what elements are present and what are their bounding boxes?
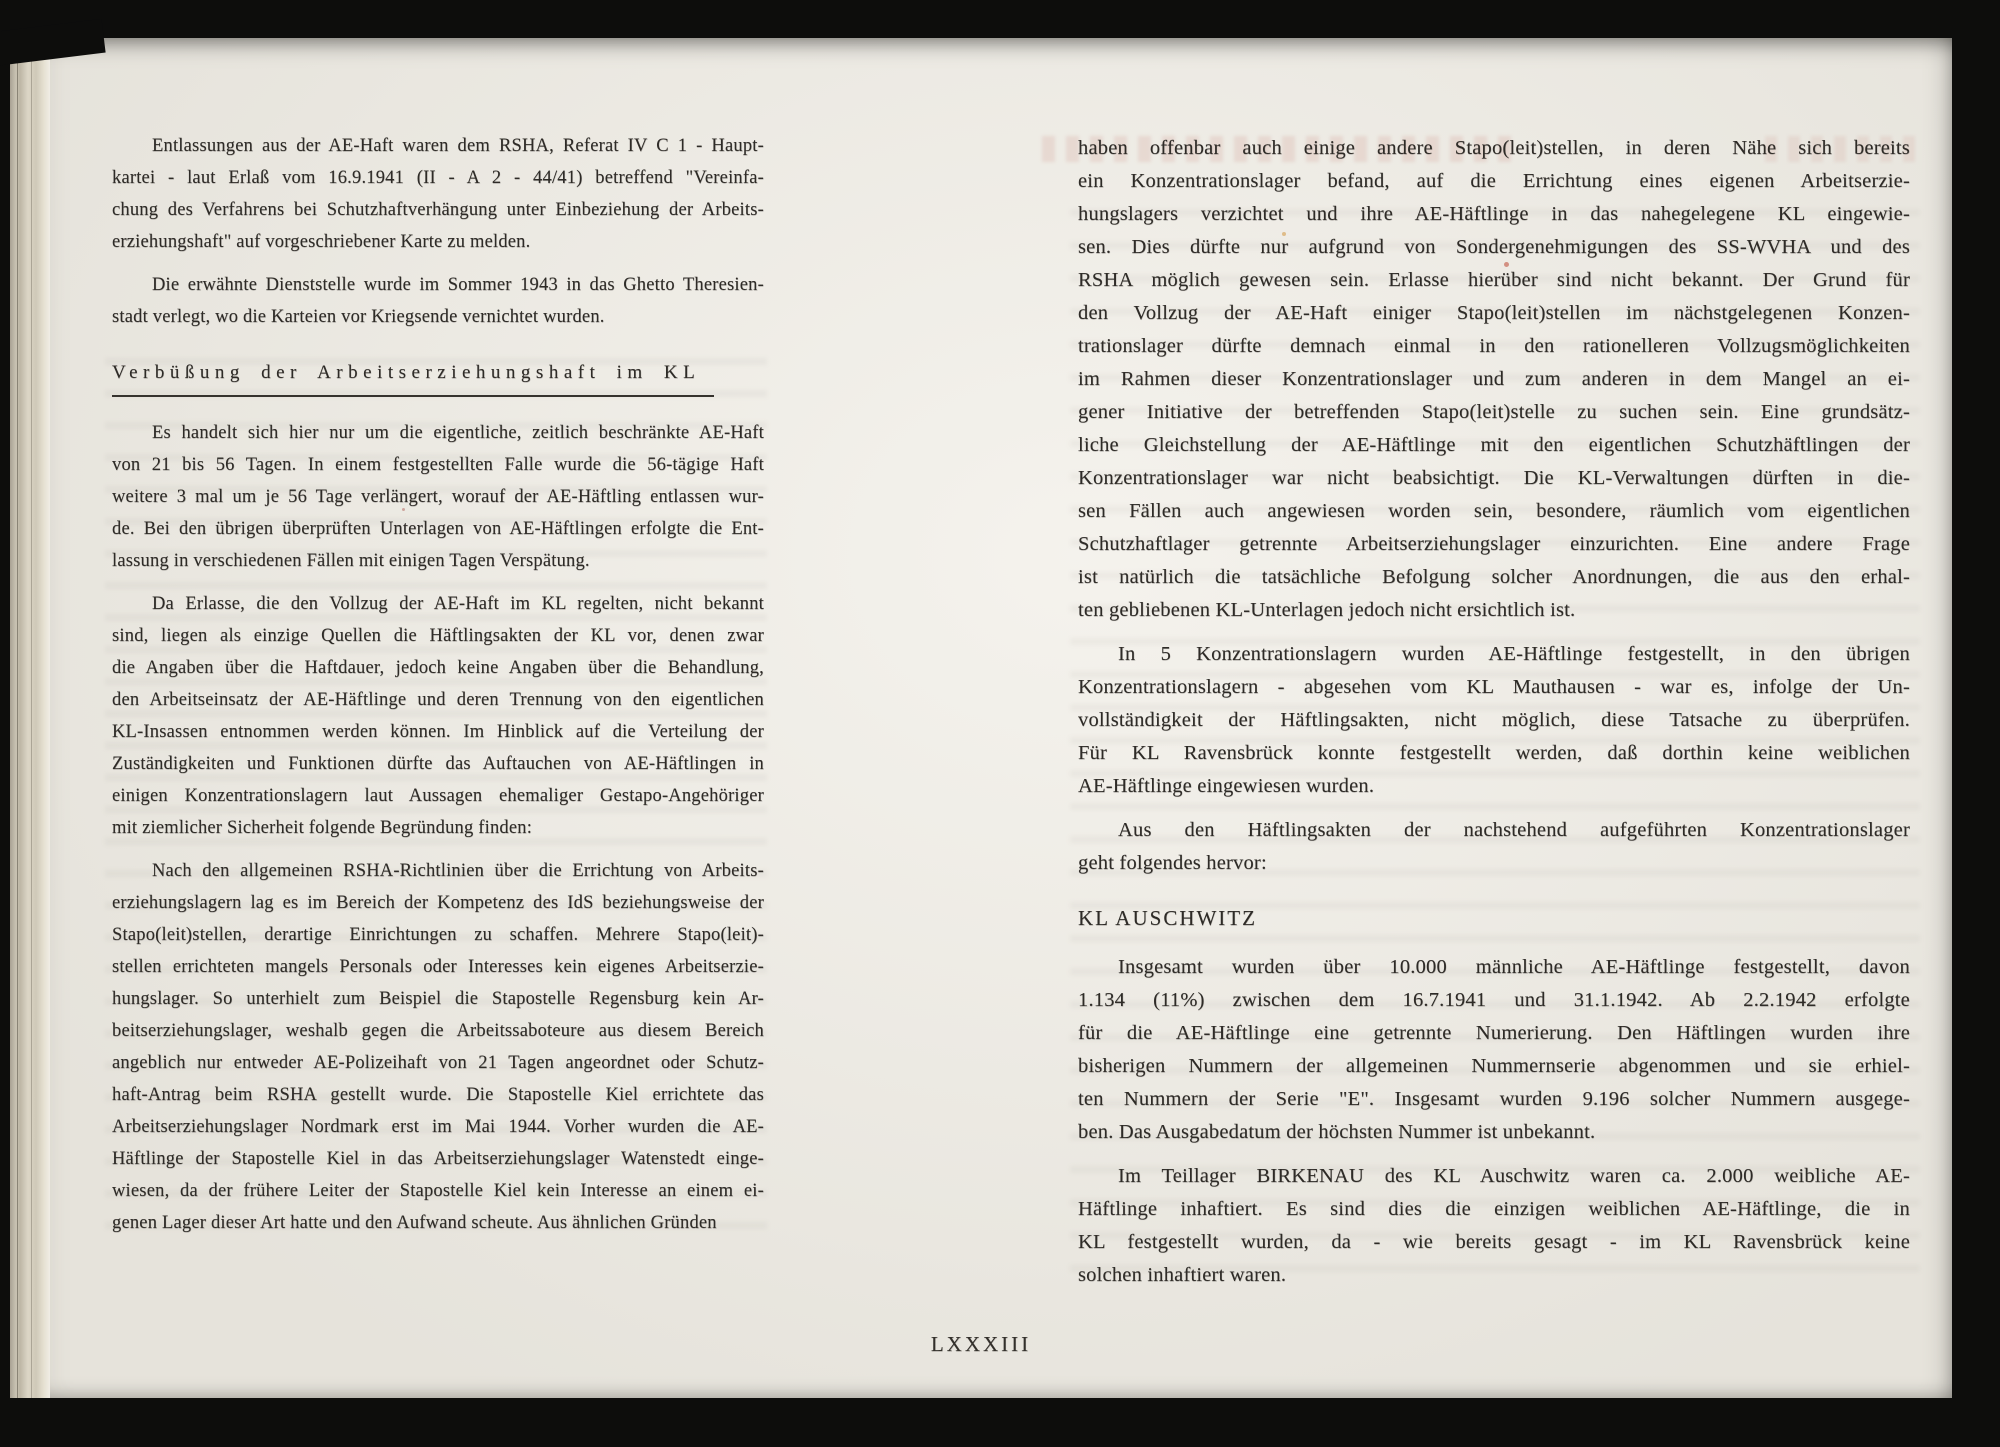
text-line: Konzentrationslager war nicht beabsichti… <box>1078 462 1910 495</box>
page-number: LXXXIII <box>10 1332 1952 1357</box>
text-line: liche Gleichstellung der AE-Häftlinge mi… <box>1078 429 1910 462</box>
text-line: trationslager dürfte demnach einmal in d… <box>1078 330 1910 363</box>
left-text-column: Entlassungen aus der AE-Haft waren dem R… <box>112 130 764 1239</box>
text-line: lassung in verschiedenen Fällen mit eini… <box>112 545 764 577</box>
text-line: stadt verlegt, wo die Karteien vor Krieg… <box>112 301 764 333</box>
section-heading-wrap: Verbüßung der Arbeitserziehungshaft im K… <box>112 333 764 417</box>
text-line: ben. Das Ausgabedatum der höchsten Numme… <box>1078 1116 1910 1149</box>
text-line: haben offenbar auch einige andere Stapo(… <box>1078 132 1910 165</box>
text-line: ein Konzentrationslager befand, auf die … <box>1078 165 1910 198</box>
paragraph-fuenf-kl: In 5 Konzentrationslagern wurden AE-Häft… <box>1078 638 1910 803</box>
text-line: Schutzhaftlager getrennte Arbeitserziehu… <box>1078 528 1910 561</box>
text-line: Da Erlasse, die den Vollzug der AE-Haft … <box>112 588 764 620</box>
text-line: AE-Häftlinge eingewiesen wurden. <box>1078 770 1910 803</box>
text-line: die Angaben über die Haftdauer, jedoch k… <box>112 652 764 684</box>
text-line: den Arbeitseinsatz der AE-Häftlinge und … <box>112 684 764 716</box>
text-line: Aus den Häftlingsakten der nachstehend a… <box>1078 814 1910 847</box>
book-fore-edge <box>10 38 50 1398</box>
paragraph-erlasse: Da Erlasse, die den Vollzug der AE-Haft … <box>112 588 764 844</box>
paragraph-auschwitz-nummern: Insgesamt wurden über 10.000 männliche A… <box>1078 951 1910 1149</box>
text-line: geht folgendes hervor: <box>1078 847 1910 880</box>
text-line: stellen errichteten mangels Personals od… <box>112 951 764 983</box>
text-line: RSHA möglich gewesen sein. Erlasse hierü… <box>1078 264 1910 297</box>
section-heading-verbuessung: Verbüßung der Arbeitserziehungshaft im K… <box>112 357 714 397</box>
text-line: gener Initiative der betreffenden Stapo(… <box>1078 396 1910 429</box>
text-line: ten gebliebenen KL-Unterlagen jedoch nic… <box>1078 594 1910 627</box>
text-line: ten Nummern der Serie "E". Insgesamt wur… <box>1078 1083 1910 1116</box>
text-line: Nach den allgemeinen RSHA-Richtlinien üb… <box>112 855 764 887</box>
text-line: bisherigen Nummern der allgemeinen Numme… <box>1078 1050 1910 1083</box>
text-line: erziehungslagern lag es im Bereich der K… <box>112 887 764 919</box>
text-line: Häftlinge der Stapostelle Kiel in das Ar… <box>112 1143 764 1175</box>
text-line: den Vollzug der AE-Haft einiger Stapo(le… <box>1078 297 1910 330</box>
text-line: In 5 Konzentrationslagern wurden AE-Häft… <box>1078 638 1910 671</box>
subheading-kl-auschwitz: KL AUSCHWITZ <box>1078 902 1910 935</box>
text-line: vollständigkeit der Häftlingsakten, nich… <box>1078 704 1910 737</box>
text-line: genen Lager dieser Art hatte und den Auf… <box>112 1207 764 1239</box>
text-line: Zuständigkeiten und Funktionen dürfte da… <box>112 748 764 780</box>
paragraph-haeftlingsakten: Aus den Häftlingsakten der nachstehend a… <box>1078 814 1910 880</box>
text-line: de. Bei den übrigen überprüften Unterlag… <box>112 513 764 545</box>
text-line: Im Teillager BIRKENAU des KL Auschwitz w… <box>1078 1160 1910 1193</box>
text-line: Insgesamt wurden über 10.000 männliche A… <box>1078 951 1910 984</box>
text-line: beitserziehungslager, weshalb gegen die … <box>112 1015 764 1047</box>
text-line: Konzentrationslagern - abgesehen vom KL … <box>1078 671 1910 704</box>
text-line: sen. Dies dürfte nur aufgrund von Sonder… <box>1078 231 1910 264</box>
text-line: hungslagers verzichtet und ihre AE-Häftl… <box>1078 198 1910 231</box>
paragraph-dienststelle: Die erwähnte Dienststelle wurde im Somme… <box>112 269 764 333</box>
text-line: solchen inhaftiert waren. <box>1078 1259 1910 1292</box>
paragraph-entlassungen: Entlassungen aus der AE-Haft waren dem R… <box>112 130 764 258</box>
text-line: chung des Verfahrens bei Schutzhaftverhä… <box>112 194 764 226</box>
text-line: Entlassungen aus der AE-Haft waren dem R… <box>112 130 764 162</box>
text-line: von 21 bis 56 Tagen. In einem festgestel… <box>112 449 764 481</box>
text-line: Es handelt sich hier nur um die eigentli… <box>112 417 764 449</box>
text-line: Die erwähnte Dienststelle wurde im Somme… <box>112 269 764 301</box>
text-line: mit ziemlicher Sicherheit folgende Begrü… <box>112 812 764 844</box>
paragraph-birkenau: Im Teillager BIRKENAU des KL Auschwitz w… <box>1078 1160 1910 1292</box>
paragraph-stapo-stellen: haben offenbar auch einige andere Stapo(… <box>1078 132 1910 627</box>
text-line: weitere 3 mal um je 56 Tage verlängert, … <box>112 481 764 513</box>
text-line: ist natürlich die tatsächliche Befolgung… <box>1078 561 1910 594</box>
text-line: einigen Konzentrationslagern laut Aussag… <box>112 780 764 812</box>
text-line: wiesen, da der frühere Leiter der Stapos… <box>112 1175 764 1207</box>
text-line: KL festgestellt wurden, da - wie bereits… <box>1078 1226 1910 1259</box>
text-line: sen Fällen auch angewiesen worden sein, … <box>1078 495 1910 528</box>
text-line: 1.134 (11%) zwischen dem 16.7.1941 und 3… <box>1078 984 1910 1017</box>
text-line: Arbeitserziehungslager Nordmark erst im … <box>112 1111 764 1143</box>
paragraph-haftdauer: Es handelt sich hier nur um die eigentli… <box>112 417 764 577</box>
text-line: kartei - laut Erlaß vom 16.9.1941 (II - … <box>112 162 764 194</box>
scan-background: { "colors": { "paper": "#f0ede5", "ink":… <box>0 0 2000 1447</box>
text-line: im Rahmen dieser Konzentrationslager und… <box>1078 363 1910 396</box>
paragraph-rsha-richtlinien: Nach den allgemeinen RSHA-Richtlinien üb… <box>112 855 764 1239</box>
scanned-page: Entlassungen aus der AE-Haft waren dem R… <box>10 38 1952 1398</box>
text-line: KL-Insassen entnommen werden können. Im … <box>112 716 764 748</box>
text-line: hungslager. So unterhielt zum Beispiel d… <box>112 983 764 1015</box>
text-line: sind, liegen als einzige Quellen die Häf… <box>112 620 764 652</box>
text-line: erziehungshaft" auf vorgeschriebener Kar… <box>112 226 764 258</box>
text-line: angeblich nur entweder AE-Polizeihaft vo… <box>112 1047 764 1079</box>
text-line: Für KL Ravensbrück konnte festgestellt w… <box>1078 737 1910 770</box>
text-line: Häftlinge inhaftiert. Es sind dies die e… <box>1078 1193 1910 1226</box>
right-text-column: haben offenbar auch einige andere Stapo(… <box>1078 132 1910 1292</box>
text-line: Stapo(leit)stellen, derartige Einrichtun… <box>112 919 764 951</box>
text-line: haft-Antrag beim RSHA gestellt wurde. Di… <box>112 1079 764 1111</box>
text-line: für die AE-Häftlinge eine getrennte Nume… <box>1078 1017 1910 1050</box>
